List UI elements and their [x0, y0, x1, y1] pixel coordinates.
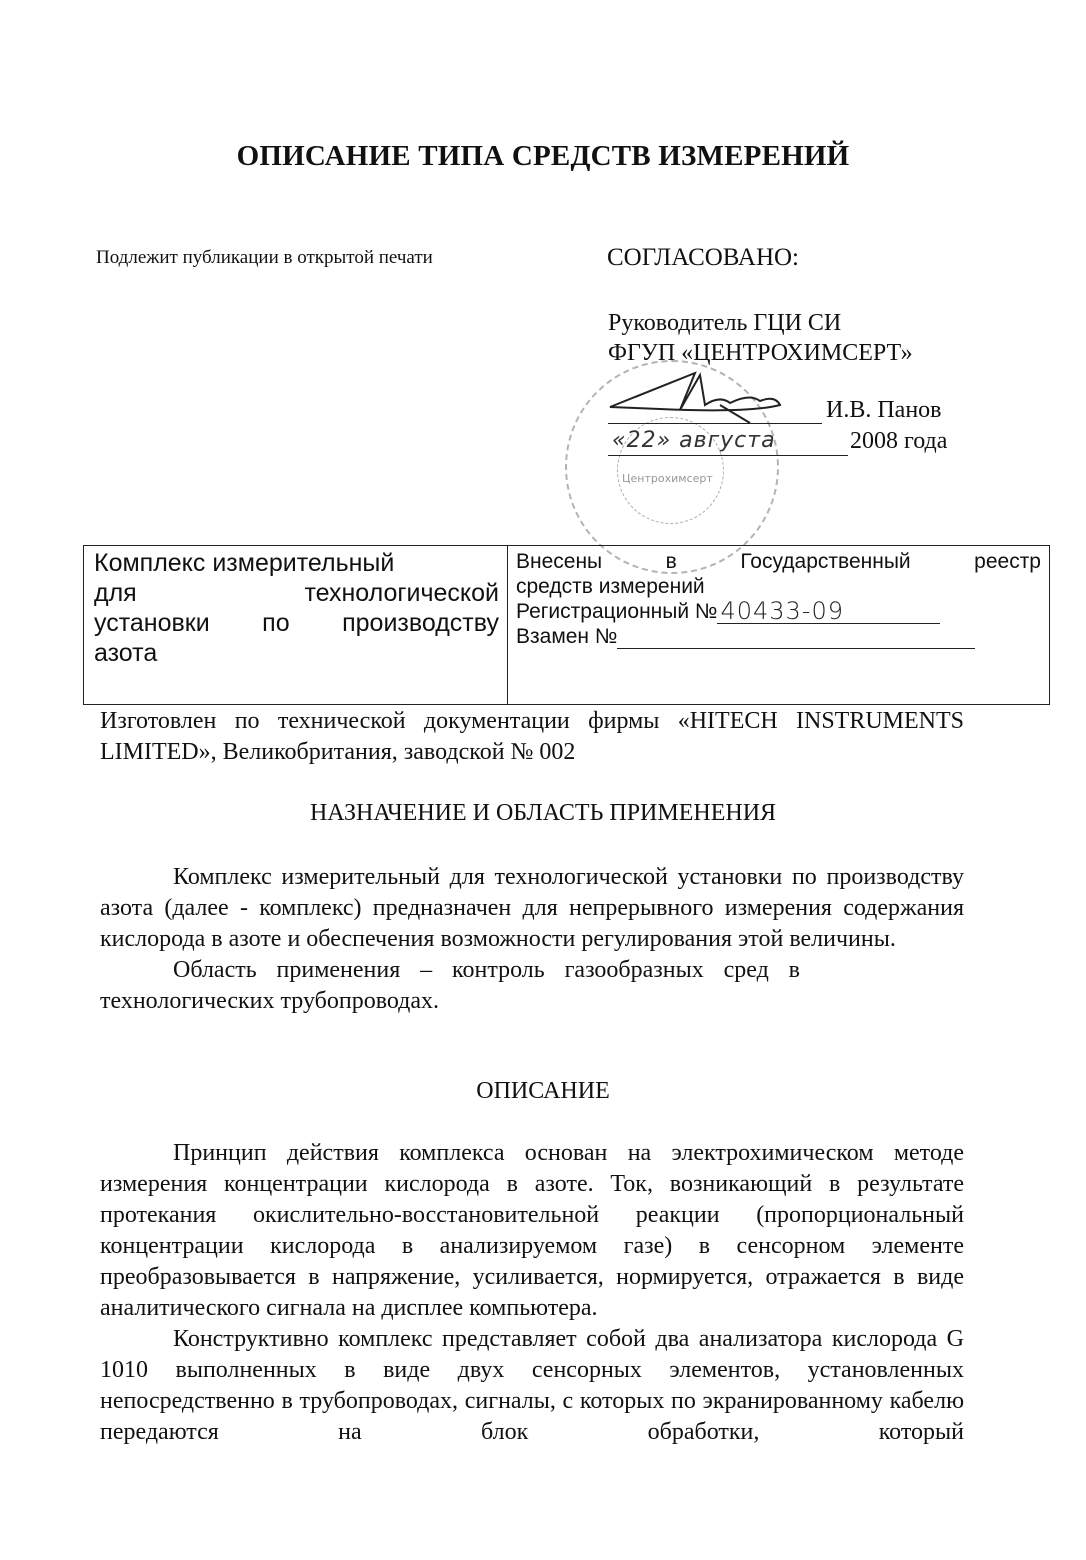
handwritten-date: «22» августа [612, 428, 776, 453]
stamp-text: Центрохимсерт [622, 472, 713, 485]
registration-number-value: 40433-09 [717, 599, 940, 624]
registry-word: реестр [974, 549, 1041, 574]
paragraph: Конструктивно комплекс представляет собо… [100, 1324, 964, 1448]
date-year: 2008 года [850, 428, 947, 455]
product-name-text: азота [94, 639, 157, 667]
signature-row: И.В. Панов [608, 397, 968, 427]
replaces-row: Взамен № [516, 624, 1041, 649]
registry-line-2: средств измерений [516, 574, 1041, 599]
registry-word: Внесены [516, 549, 602, 574]
approval-label: СОГЛАСОВАНО: [607, 244, 799, 272]
manufacturer-info: Изготовлен по технической документации ф… [100, 706, 964, 768]
approver-position: Руководитель ГЦИ СИ [608, 308, 841, 338]
replaces-value [617, 628, 975, 649]
product-name-cell: Комплекс измерительный для технологическ… [84, 546, 508, 704]
registration-number-label: Регистрационный № [516, 599, 717, 624]
product-name-text: для технологической [94, 579, 499, 607]
product-name-line: Комплекс измерительный [94, 548, 499, 578]
registry-word: в [666, 549, 677, 574]
publication-note: Подлежит публикации в открытой печати [96, 247, 433, 269]
paragraph: Принцип действия комплекса основан на эл… [100, 1138, 964, 1324]
product-name-text: установки по производству [94, 609, 499, 637]
approver-organization: ФГУП «ЦЕНТРОХИМСЕРТ» [608, 338, 913, 368]
paragraph: Комплекс измерительный для технологическ… [100, 862, 964, 955]
replaces-label: Взамен № [516, 624, 617, 649]
registration-number-row: Регистрационный № 40433-09 [516, 599, 1041, 624]
section-heading-description: ОПИСАНИЕ [0, 1078, 1086, 1105]
manufacturer-text: Изготовлен по технической документации ф… [100, 706, 964, 768]
registry-line: Внесены в Государственный реестр [516, 549, 1041, 574]
registration-box: Комплекс измерительный для технологическ… [83, 545, 1050, 705]
signatory-name: И.В. Панов [826, 397, 942, 424]
signature-line [608, 423, 822, 424]
product-name-line: установки по производству [94, 608, 499, 638]
product-name-line: азота [94, 638, 499, 668]
product-name-line: для технологической [94, 578, 499, 608]
registry-cell: Внесены в Государственный реестр средств… [508, 546, 1049, 704]
description-section: Принцип действия комплекса основан на эл… [100, 1138, 964, 1448]
section-heading-purpose: НАЗНАЧЕНИЕ И ОБЛАСТЬ ПРИМЕНЕНИЯ [0, 800, 1086, 827]
registry-word: Государственный [740, 549, 910, 574]
purpose-section: Комплекс измерительный для технологическ… [100, 862, 964, 1017]
paragraph: Область применения – контроль газообразн… [100, 955, 800, 1017]
date-row: «22» августа 2008 года [608, 428, 968, 458]
product-name-text: Комплекс измерительный [94, 548, 394, 578]
document-title: ОПИСАНИЕ ТИПА СРЕДСТВ ИЗМЕРЕНИЙ [0, 140, 1086, 173]
date-line [608, 455, 848, 456]
